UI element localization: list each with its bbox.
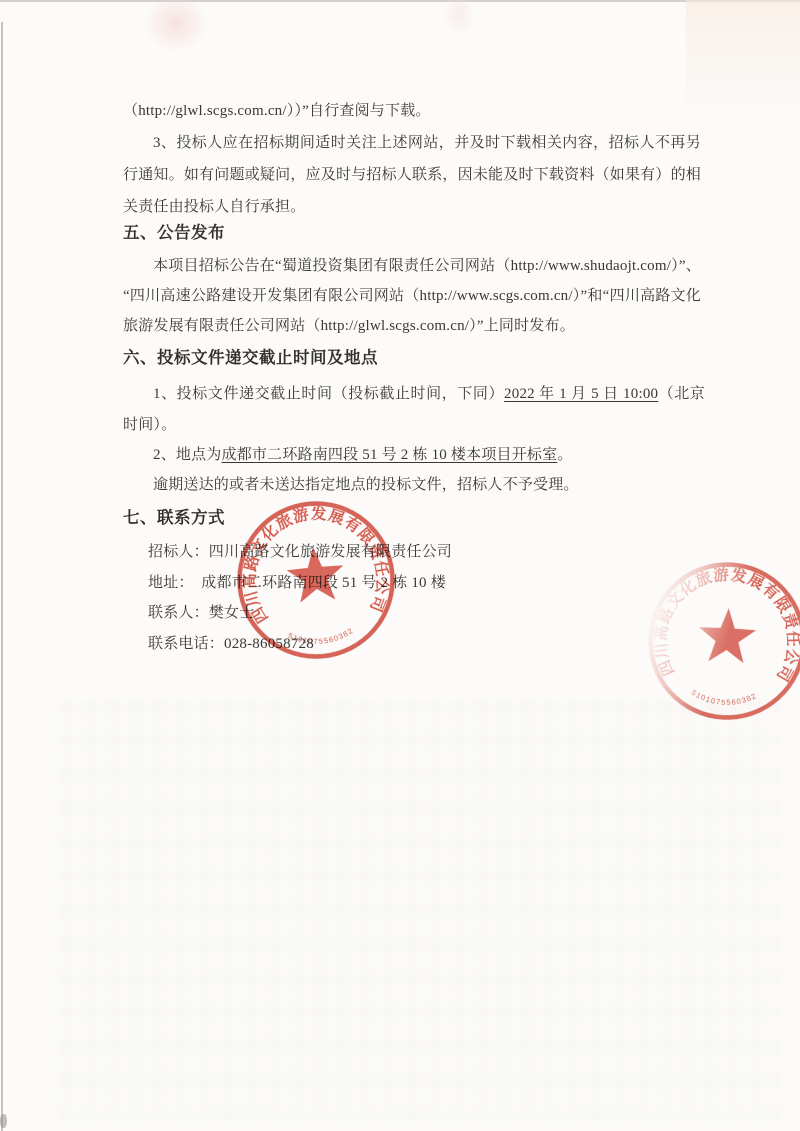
official-seal-right-partial: 四川高路文化旅游发展有限责任公司 5101075560382	[638, 552, 800, 731]
section6-item2-prefix: 2、地点为	[153, 447, 222, 463]
paragraph-3: 3、投标人应在招标期间适时关注上述网站，并及时下载相关内容，招标人不再另行通知。…	[123, 127, 701, 223]
contact-phone: 联系电话：028-86058728	[148, 629, 708, 660]
page-bleedthrough-texture	[60, 700, 780, 1120]
section6-note: 逾期送达的或者未送达指定地点的投标文件，招标人不予受理。	[123, 470, 705, 501]
star-icon	[697, 607, 757, 664]
section6-item2: 2、地点为成都市二环路南四段 51 号 2 栋 10 楼本项目开标室。	[123, 440, 705, 471]
section5-body: 本项目招标公告在“蜀道投资集团有限责任公司网站（http://www.shuda…	[123, 251, 701, 341]
section6-item2-suffix: 。	[557, 447, 572, 463]
seal-number-arc-text: 5101075560382	[286, 625, 356, 648]
scan-smudge-top-left	[136, 0, 216, 66]
section7-heading: 七、联系方式	[123, 506, 225, 530]
scan-smudge-top-right	[686, 0, 800, 140]
scan-smudge-top-center	[438, 0, 480, 48]
scan-edge-top	[0, 0, 800, 2]
scan-speck-bottom-left	[0, 1114, 7, 1128]
section6-heading: 六、投标文件递交截止时间及地点	[123, 346, 378, 370]
official-seal-center: 四川高路文化旅游发展有限责任公司 5101075560382	[224, 488, 408, 672]
star-icon	[285, 545, 347, 604]
scanned-tender-document-page: （http://glwl.scgs.com.cn/））”自行查阅与下载。 3、投…	[0, 0, 800, 1131]
section6-item1-deadline: 2022 年 1 月 5 日 10:00	[504, 386, 658, 402]
section6-item1: 1、投标文件递交截止时间（投标截止时间，下同）2022 年 1 月 5 日 10…	[123, 379, 705, 441]
intro-continuation-line: （http://glwl.scgs.com.cn/））”自行查阅与下载。	[123, 95, 701, 127]
section5-heading: 五、公告发布	[123, 221, 225, 245]
seal-number-arc-text: 5101075560382	[689, 688, 759, 709]
scan-edge-left	[1, 22, 3, 1131]
section6-item1-prefix: 1、投标文件递交截止时间（投标截止时间，下同）	[153, 386, 504, 402]
section6-item2-location: 成都市二环路南四段 51 号 2 栋 10 楼本项目开标室	[222, 447, 558, 463]
